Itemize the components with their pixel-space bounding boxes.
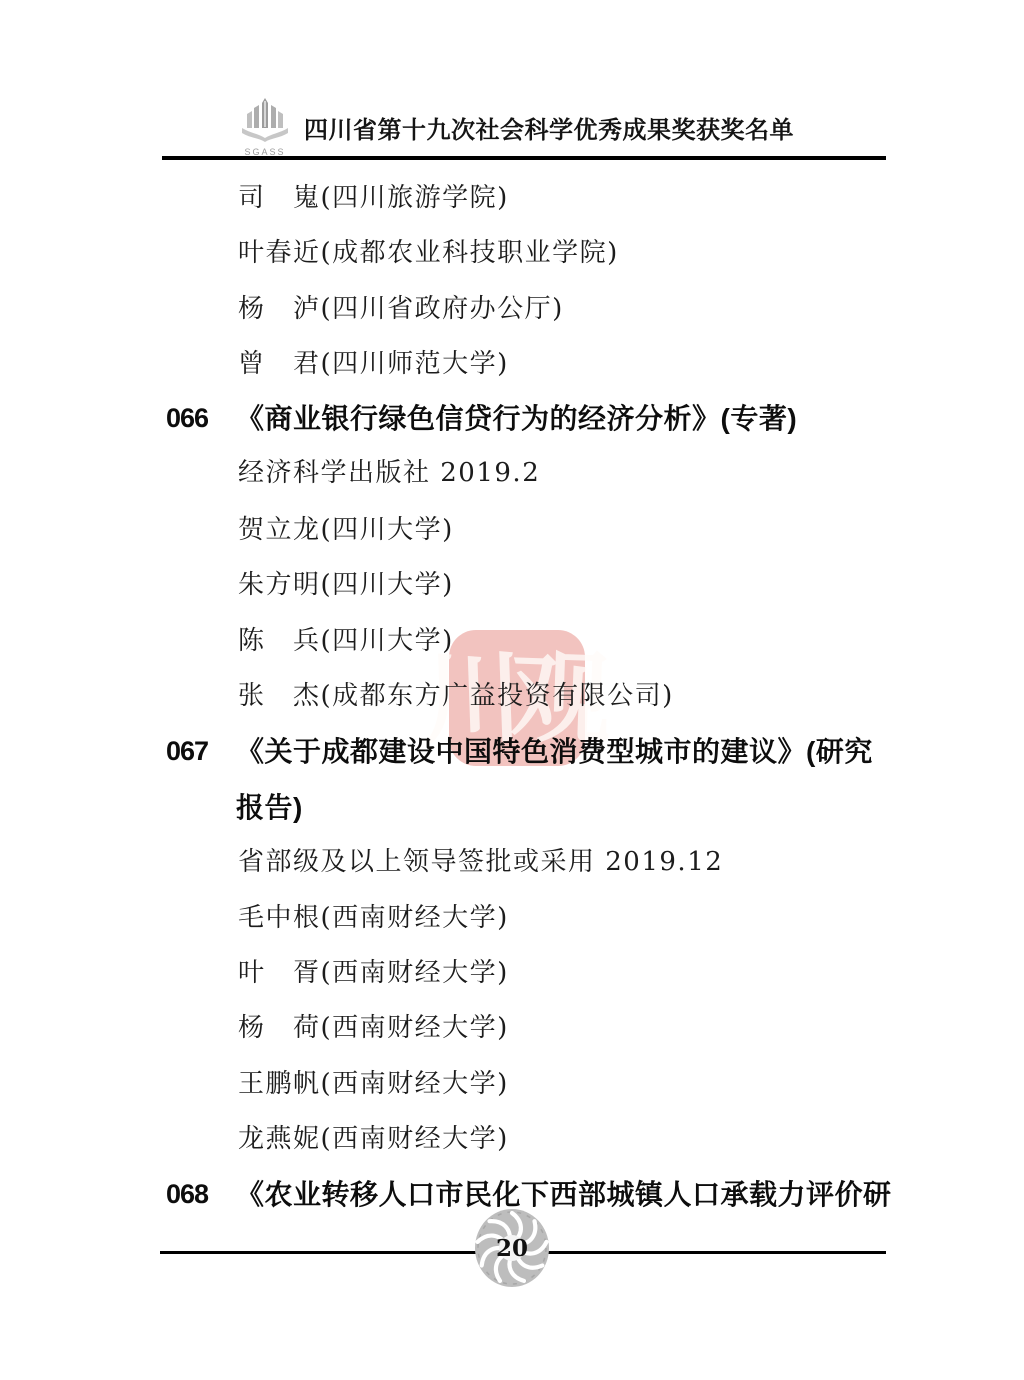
publisher-line: 经济科学出版社 2019.2	[238, 459, 540, 488]
member-line: 毛中根(西南财经大学)	[238, 904, 509, 933]
entry-title-continued: 报告)	[236, 793, 303, 822]
page-number: 20	[496, 1235, 528, 1262]
member-line: 杨 荷(西南财经大学)	[238, 1014, 509, 1043]
entry-title: 《农业转移人口市民化下西部城镇人口承载力评价研	[236, 1180, 892, 1209]
entry-number: 067	[166, 737, 208, 767]
member-line: 叶春近(成都农业科技职业学院)	[238, 239, 619, 268]
sgass-logo: SGASS	[236, 97, 294, 157]
approval-line: 省部级及以上领导签批或采用 2019.12	[238, 848, 723, 877]
phoenix-swirl-icon: 20	[472, 1206, 552, 1290]
entry-number: 066	[166, 404, 208, 434]
member-line: 朱方明(四川大学)	[238, 571, 454, 600]
page-number-ornament: 20	[472, 1206, 552, 1294]
member-line: 贺立龙(四川大学)	[238, 516, 454, 545]
member-line: 王鹏帆(西南财经大学)	[238, 1070, 509, 1099]
entry-title: 《关于成都建设中国特色消费型城市的建议》(研究	[236, 737, 873, 766]
page-header-title: 四川省第十九次社会科学优秀成果奖获奖名单	[304, 110, 794, 145]
member-line: 张 杰(成都东方广益投资有限公司)	[238, 682, 674, 711]
member-line: 曾 君(四川师范大学)	[238, 350, 509, 379]
sgass-logo-icon	[239, 97, 291, 143]
member-line: 叶 胥(西南财经大学)	[238, 959, 509, 988]
member-line: 杨 泸(四川省政府办公厅)	[238, 295, 564, 324]
entry-title: 《商业银行绿色信贷行为的经济分析》(专著)	[236, 404, 797, 433]
document-page: SGASS 四川省第十九次社会科学优秀成果奖获奖名单 川 观 司 嵬(四川旅游学…	[0, 0, 1024, 1380]
header-rule	[162, 156, 886, 160]
member-line: 龙燕妮(西南财经大学)	[238, 1125, 509, 1154]
member-line: 陈 兵(四川大学)	[238, 627, 454, 656]
member-line: 司 嵬(四川旅游学院)	[238, 184, 509, 213]
entry-number: 068	[166, 1180, 208, 1210]
